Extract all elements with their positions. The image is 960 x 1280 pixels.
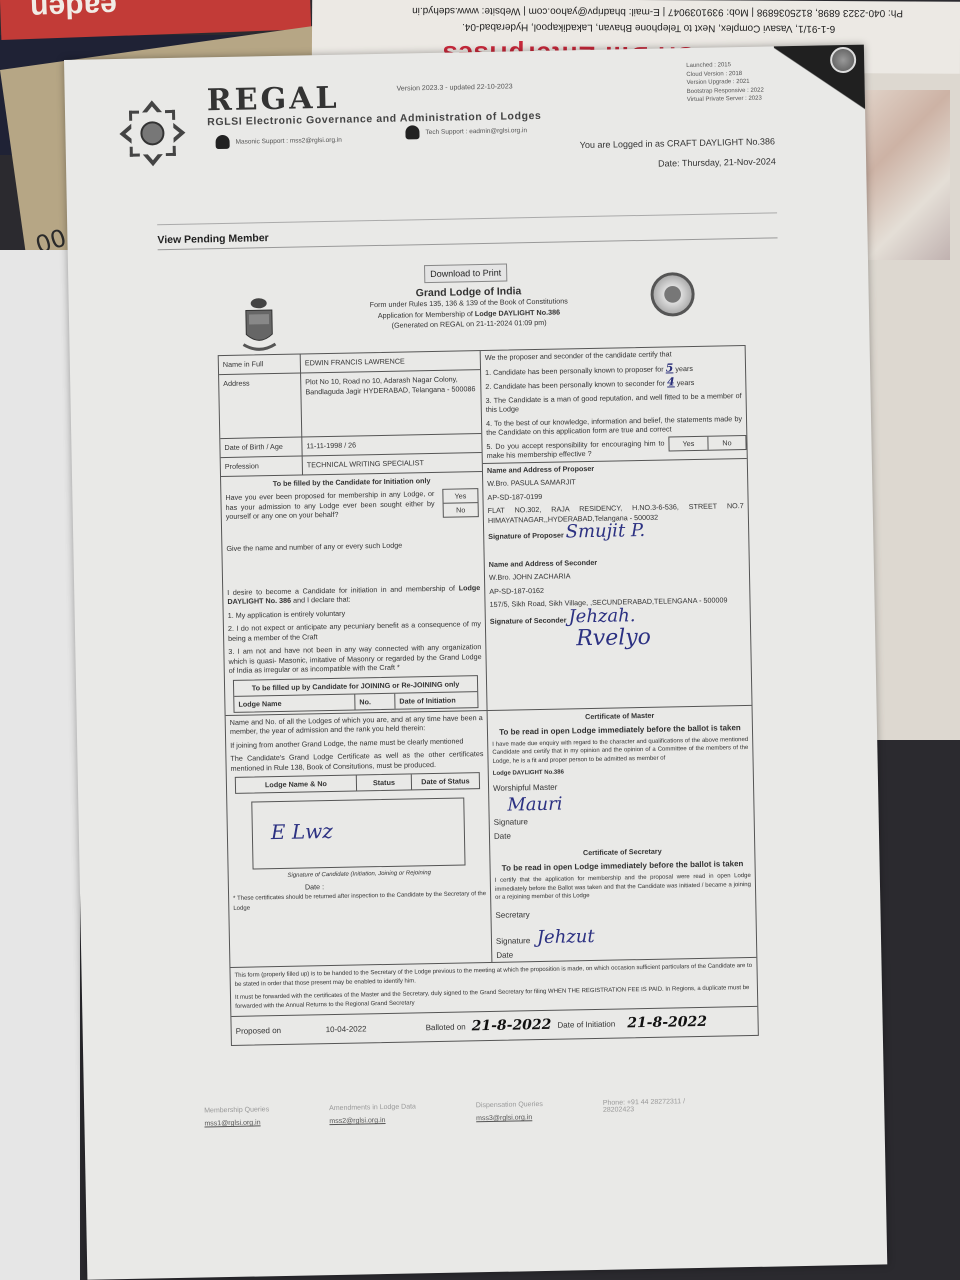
candidate-dob-age: 11-11-1998 / 26 xyxy=(302,434,481,455)
secretary-signature: Jehzut xyxy=(537,926,595,948)
proposer-signature: Smujit P. xyxy=(565,520,645,543)
masonic-support-text[interactable]: Masonic Support : mss2@rglsi.org.in xyxy=(236,136,342,145)
background-red-text: eaden xyxy=(30,0,118,25)
footer-phone: Phone: +91 44 28272311 / 28202423 xyxy=(603,1098,713,1120)
certificates-note: * These certificates should be returned … xyxy=(229,888,490,916)
no-option[interactable]: No xyxy=(444,502,478,517)
years-label: years xyxy=(675,363,693,372)
tech-support-icon xyxy=(405,125,419,139)
amendments-email-link[interactable]: mss2@rglsi.org.in xyxy=(329,1116,416,1125)
milestones-list: Launched : 2015 Cloud Version : 2018 Ver… xyxy=(686,61,764,105)
candidate-address-row: Address Plot No 10, Road no 10, Adarash … xyxy=(219,370,481,439)
column-header: Lodge Name xyxy=(234,694,354,711)
page-title: View Pending Member xyxy=(157,232,268,246)
logged-in-status: You are Logged in as CRAFT DAYLIGHT No.3… xyxy=(580,136,775,150)
responsibility-yes-no: Yes No xyxy=(668,434,746,450)
milestone: Virtual Private Server : 2023 xyxy=(687,95,764,105)
proposed-on-label: Proposed on xyxy=(236,1025,326,1036)
printed-page: REGAL RGLSI Electronic Governance and Ad… xyxy=(64,45,887,1280)
footer-label: Membership Queries xyxy=(204,1106,269,1114)
proposed-on-value: 10-04-2022 xyxy=(326,1023,426,1034)
grand-lodge-seal-icon xyxy=(650,272,695,317)
column-header: Lodge Name & No xyxy=(236,776,356,793)
joining-instruction: The Candidate's Grand Lodge Certificate … xyxy=(226,747,487,775)
candidate-profession: TECHNICAL WRITING SPECIALIST xyxy=(303,453,482,474)
tech-support-text[interactable]: Tech Support : eadmin@rglsi.org.in xyxy=(425,127,527,136)
years-label: years xyxy=(677,378,695,387)
letterhead-phone: Ph: 040-2323 6898, 8125036898 | Mob: 939… xyxy=(412,5,903,19)
current-date: Date: Thursday, 21-Nov-2024 xyxy=(658,156,776,168)
candidate-address: Plot No 10, Road no 10, Adarash Nagar Co… xyxy=(301,370,481,436)
initiation-question: Have you ever been proposed for membersh… xyxy=(221,487,439,524)
column-header: Date of Status xyxy=(411,773,479,789)
footer-label: Amendments in Lodge Data xyxy=(329,1103,416,1112)
column-header: Date of Initiation xyxy=(394,692,477,709)
candidate-name: EDWIN FRANCIS LAWRENCE xyxy=(301,351,480,372)
column-header: No. xyxy=(354,693,394,709)
master-signature: Mauri xyxy=(507,794,563,816)
extra-signature: Rvelyo xyxy=(576,625,651,651)
column-header: Status xyxy=(356,774,411,790)
letterhead-address: 6-1-91/1, Vasavi Complex, Next to Teleph… xyxy=(462,21,835,34)
footer-amendments: Amendments in Lodge Datamss2@rglsi.org.i… xyxy=(329,1103,416,1125)
initiation-yes-no: Yes No xyxy=(442,488,479,518)
initiation-date-label: Date of Initiation xyxy=(557,1019,615,1029)
proposer-years: 5 xyxy=(665,361,673,374)
label: Address xyxy=(219,374,302,439)
seconder-signature-label: Signature of Seconder xyxy=(490,615,567,625)
footer-membership: Membership Queriesmss1@rglsi.org.in xyxy=(204,1106,269,1127)
dispensation-email-link[interactable]: mss3@rglsi.org.in xyxy=(476,1114,543,1122)
initiation-date-value: 21-8-2022 xyxy=(627,1014,707,1032)
declaration-suffix: and I declare that: xyxy=(291,595,351,605)
proposer-signature-label: Signature of Proposer xyxy=(488,530,564,540)
footer-dispensation: Dispensation Queriesmss3@rglsi.org.in xyxy=(476,1101,543,1122)
footer-label: Dispensation Queries xyxy=(476,1101,543,1109)
secretary-role: Secretary xyxy=(491,903,755,922)
certify-item: 1. Candidate has been personally known t… xyxy=(485,364,664,376)
background-white-sheet xyxy=(0,250,80,1280)
certify-item: 5. Do you accept responsibility for enco… xyxy=(482,436,668,463)
declaration-item: 3. I am not and have not been in any way… xyxy=(224,640,486,678)
application-prefix: Application for Membership of xyxy=(378,309,475,320)
yes-option[interactable]: Yes xyxy=(443,489,477,503)
grand-lodge-crest-icon xyxy=(241,296,278,357)
corner-ribbon xyxy=(774,45,865,117)
download-to-print-button[interactable]: Download to Print xyxy=(424,264,507,284)
regal-logo-icon xyxy=(117,98,188,169)
candidate-signature: E Lwz xyxy=(271,819,333,844)
membership-email-link[interactable]: mss1@rglsi.org.in xyxy=(204,1119,269,1127)
corner-seal-icon xyxy=(830,47,856,73)
yes-option[interactable]: Yes xyxy=(669,436,707,450)
label: Name in Full xyxy=(219,355,301,375)
secretary-certificate-text: I certify that the application for membe… xyxy=(491,870,756,905)
balloted-on-value: 21-8-2022 xyxy=(472,1017,552,1035)
membership-form: Name in Full EDWIN FRANCIS LAWRENCE Addr… xyxy=(218,345,759,1046)
seconder-years: 4 xyxy=(667,375,675,388)
footer: Membership Queriesmss1@rglsi.org.in Amen… xyxy=(204,1094,904,1127)
candidate-signature-box: E Lwz xyxy=(251,797,465,869)
status-table: Lodge Name & No Status Date of Status xyxy=(235,772,480,794)
balloted-on-label: Balloted on xyxy=(426,1022,466,1032)
label: Profession xyxy=(221,456,303,476)
seconder-signature: Jehzah. xyxy=(568,605,635,627)
tech-support: Tech Support : eadmin@rglsi.org.in xyxy=(405,123,527,139)
application-lodge: Lodge DAYLIGHT No.386 xyxy=(475,307,560,318)
divider xyxy=(157,212,777,225)
label: Date of Birth / Age xyxy=(220,437,302,457)
joining-table: To be filled up by Candidate for JOINING… xyxy=(233,675,479,713)
certify-item: 2. Candidate has been personally known t… xyxy=(485,379,665,391)
support-agent-icon xyxy=(215,135,229,149)
masonic-support: Masonic Support : mss2@rglsi.org.in xyxy=(215,133,342,149)
secretary-signature-label: Signature xyxy=(496,936,530,946)
no-option[interactable]: No xyxy=(707,435,745,449)
